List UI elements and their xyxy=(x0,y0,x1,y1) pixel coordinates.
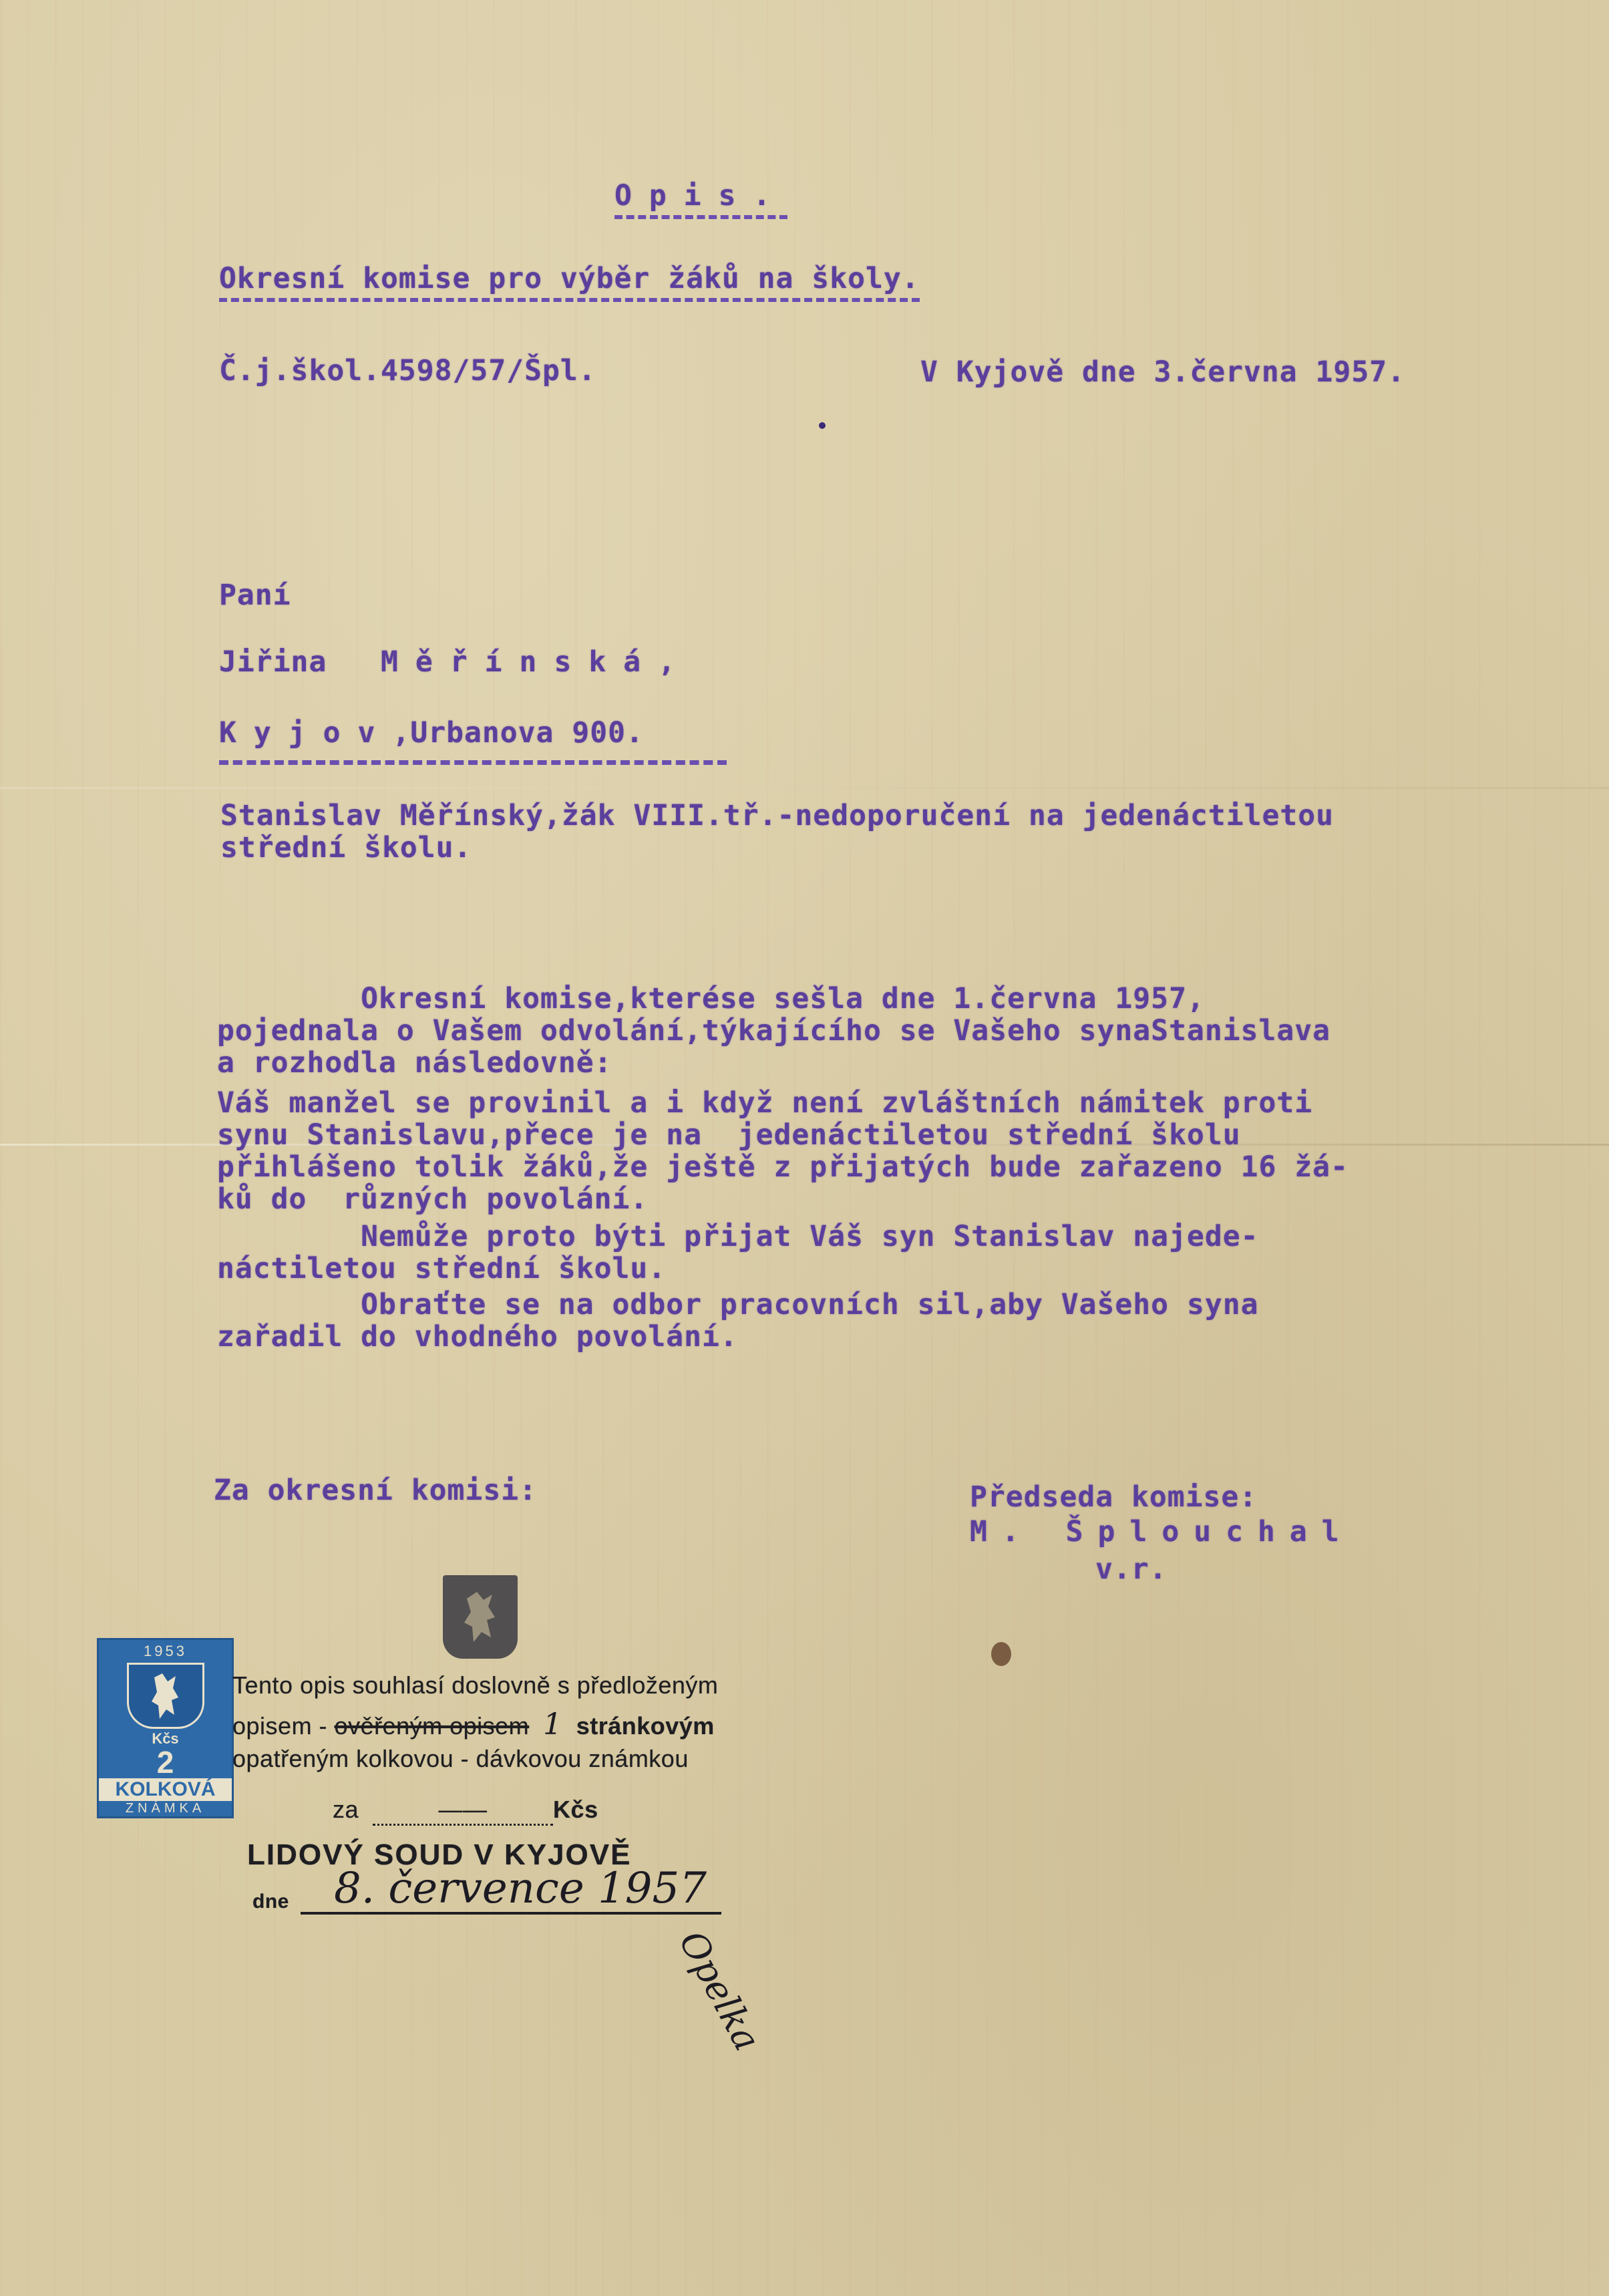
handwritten-date: 8. července 1957 xyxy=(334,1864,707,1913)
body-line: a rozhodla následovně: xyxy=(217,1046,612,1080)
date-prefix: dne xyxy=(252,1891,289,1913)
certification-line-2: opisem - ověřeným opisem 1 stránkovým xyxy=(232,1707,715,1742)
revenue-stamp-label-2: ZNÁMKA xyxy=(99,1801,232,1816)
revenue-stamp-year: 1953 xyxy=(144,1643,187,1660)
recipient-address: Kyjov,Urbanova 900. xyxy=(219,716,727,765)
stain-spot xyxy=(991,1642,1011,1666)
body-line: přihlášeno tolik žáků,že ještě z přijatý… xyxy=(217,1150,1349,1184)
subject-line-1: Stanislav Měřínský,žák VIII.tř.-nedoporu… xyxy=(220,799,1334,832)
cert-page-count: 1 xyxy=(543,1707,562,1742)
certification-line-3: opatřeným kolkovou - dávkovou známkou xyxy=(232,1745,689,1773)
recipient-last-name: Měřínská, xyxy=(381,645,693,679)
body-line: Okresní komise,kterése sešla dne 1.červn… xyxy=(217,982,1205,1015)
state-emblem-stamp xyxy=(443,1575,518,1659)
ink-speck xyxy=(819,422,826,429)
paper-fold-line xyxy=(0,787,1609,789)
recipient-street: ,Urbanova 900. xyxy=(392,716,643,750)
reference-number: Č.j.škol.4598/57/Špl. xyxy=(219,354,596,387)
recipient-salutation: Paní xyxy=(219,579,291,612)
cert-struck-text: ověřeným opisem xyxy=(335,1712,530,1740)
chairman-vr-note: v.r. xyxy=(1095,1552,1168,1586)
fee-line: za ——Kčs xyxy=(333,1796,598,1826)
issuer-line: Okresní komise pro výběr žáků na školy. xyxy=(219,262,920,302)
lion-emblem-icon xyxy=(454,1585,507,1649)
fee-prefix: za xyxy=(333,1796,359,1823)
chairman-title: Předseda komise: xyxy=(970,1480,1257,1514)
lion-shield-icon xyxy=(127,1663,204,1729)
recipient-first-name: Jiřina xyxy=(219,645,327,679)
cert-prefix: opisem - xyxy=(232,1712,335,1740)
body-line: ků do různých povolání. xyxy=(217,1182,648,1216)
handwritten-signature: Opelka xyxy=(671,1924,768,2058)
revenue-stamp-value: 2 xyxy=(157,1748,174,1777)
body-line: synu Stanislavu,přece je na jedenáctilet… xyxy=(217,1118,1241,1152)
fee-currency: Kčs xyxy=(553,1796,598,1823)
body-line: pojednala o Vašem odvolání,týkajícího se… xyxy=(217,1014,1330,1047)
signature-left-label: Za okresní komisi: xyxy=(214,1474,537,1507)
body-line: náctiletou střední školu. xyxy=(217,1252,666,1285)
document-heading: Opis. xyxy=(614,179,787,219)
cert-suffix: stránkovým xyxy=(576,1712,715,1740)
revenue-stamp-label-1: KOLKOVÁ xyxy=(99,1778,232,1801)
chairman-name: M. Šplouchal xyxy=(970,1515,1354,1548)
body-line: Nemůže proto býti přijat Váš syn Stanisl… xyxy=(217,1220,1259,1253)
body-line: zařadil do vhodného povolání. xyxy=(217,1320,738,1353)
body-line: Váš manžel se provinil a i když není zvl… xyxy=(217,1086,1312,1120)
place-date: V Kyjově dne 3.června 1957. xyxy=(920,355,1405,389)
recipient-city: Kyjov xyxy=(219,716,392,750)
revenue-stamp: 1953 Kčs 2 KOLKOVÁ ZNÁMKA xyxy=(97,1638,234,1818)
body-line: Obraťte se na odbor pracovních sil,aby V… xyxy=(217,1288,1259,1321)
fee-value: —— xyxy=(373,1796,553,1826)
subject-line-2: střední školu. xyxy=(220,831,472,864)
certification-line-1: Tento opis souhlasí doslovně s předložen… xyxy=(232,1671,718,1699)
